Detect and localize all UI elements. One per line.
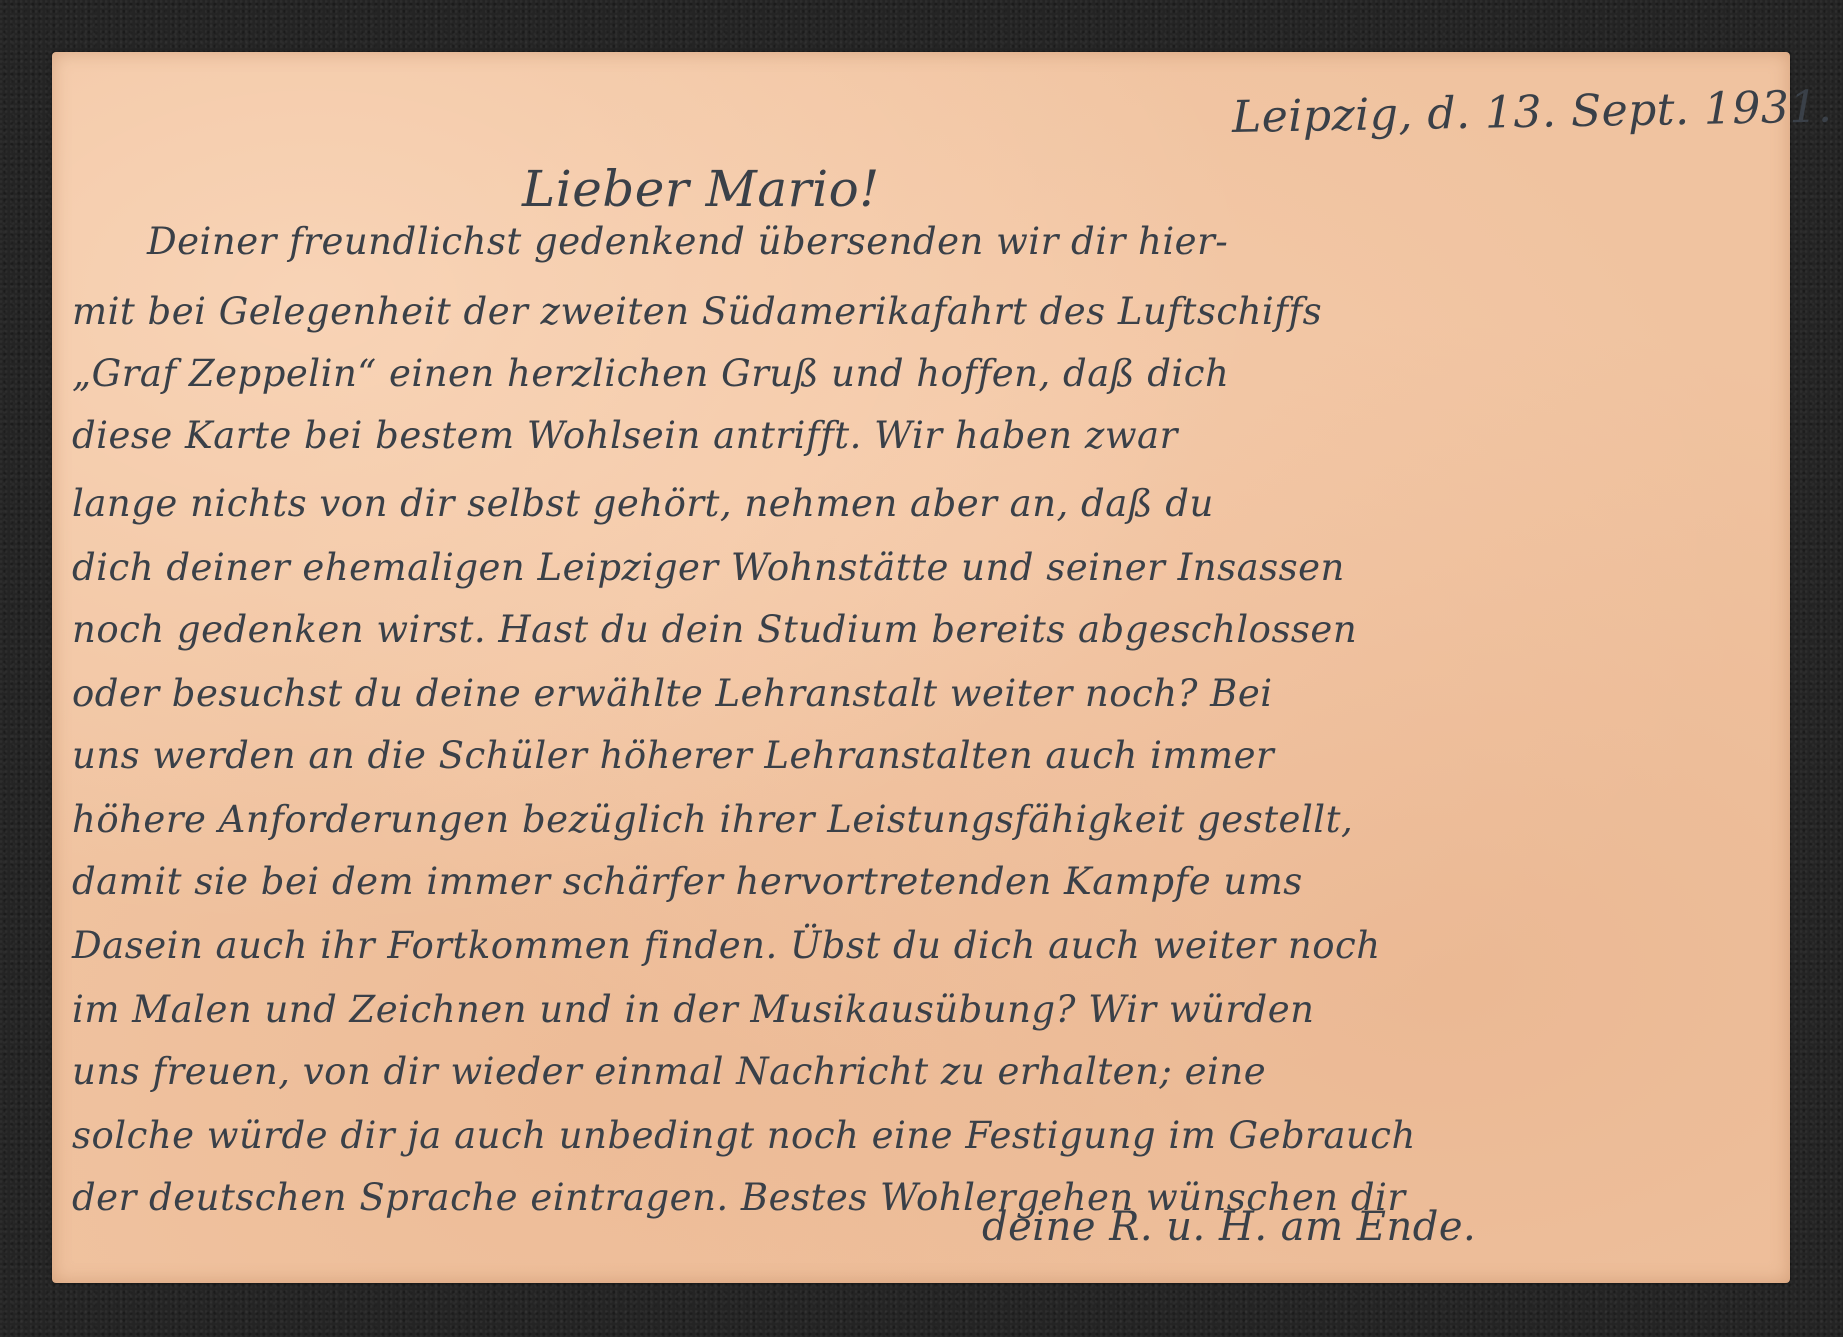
letter-line: solche würde dir ja auch unbedingt noch …: [72, 1114, 1416, 1157]
letter-line: „Graf Zeppelin“ einen herzlichen Gruß un…: [72, 352, 1229, 395]
letter-line: mit bei Gelegenheit der zweiten Südameri…: [72, 290, 1322, 333]
signature: deine R. u. H. am Ende.: [982, 1204, 1476, 1250]
salutation: Lieber Mario!: [522, 160, 880, 218]
letter-line: diese Karte bei bestem Wohlsein antrifft…: [72, 414, 1178, 457]
letter-line: dich deiner ehemaligen Leipziger Wohnstä…: [72, 546, 1345, 589]
postcard: Leipzig, d. 13. Sept. 1931. Lieber Mario…: [52, 52, 1790, 1283]
letter-line: damit sie bei dem immer schärfer hervort…: [72, 860, 1303, 903]
letter-line: oder besuchst du deine erwählte Lehranst…: [72, 672, 1273, 715]
letter-line: uns werden an die Schüler höherer Lehran…: [72, 734, 1274, 777]
letter-line: noch gedenken wirst. Hast du dein Studiu…: [72, 608, 1357, 651]
letter-line: uns freuen, von dir wieder einmal Nachri…: [72, 1050, 1266, 1093]
letter-line: Deiner freundlichst gedenkend übersenden…: [147, 220, 1228, 263]
letter-line: Dasein auch ihr Fortkommen finden. Übst …: [72, 924, 1381, 967]
letter-line: höhere Anforderungen bezüglich ihrer Lei…: [72, 798, 1353, 841]
letter-line: lange nichts von dir selbst gehört, nehm…: [72, 482, 1214, 525]
letter-line: im Malen und Zeichnen und in der Musikau…: [72, 988, 1314, 1031]
dateline: Leipzig, d. 13. Sept. 1931.: [1232, 82, 1833, 143]
